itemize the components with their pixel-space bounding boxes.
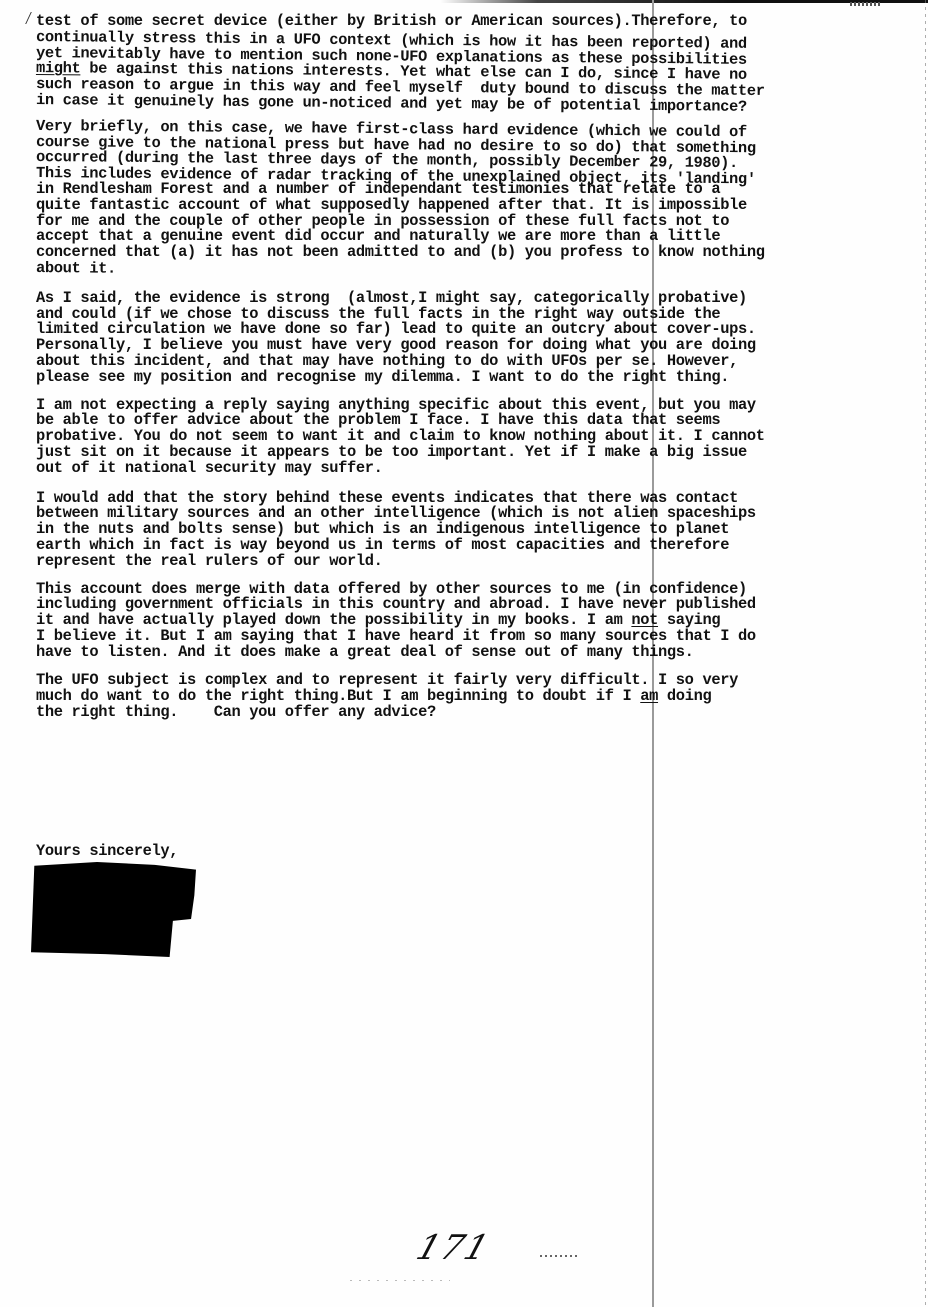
text-line: have to listen. And it does make a great…: [36, 645, 876, 661]
scan-artifact-mark: [850, 2, 880, 6]
scan-right-edge: [925, 0, 926, 1307]
paragraph: The UFO subject is complex and to repres…: [36, 673, 876, 720]
scan-dots: [350, 1280, 450, 1281]
text-line: represent the real rulers of our world.: [36, 554, 876, 570]
text-line: out of it national security may suffer.: [36, 461, 876, 477]
paragraph: test of some secret device (either by Br…: [36, 14, 876, 109]
handwritten-page-number: 171: [412, 1228, 496, 1268]
text-line: concerned that (a) it has not been admit…: [36, 245, 876, 261]
paragraph: I would add that the story behind these …: [36, 491, 876, 570]
paragraph: Very briefly, on this case, we have firs…: [36, 119, 876, 277]
text-line: please see my position and recognise my …: [36, 370, 876, 386]
text-line: the right thing. Can you offer any advic…: [36, 705, 876, 721]
text-line: about it.: [36, 261, 876, 284]
letter-body: test of some secret device (either by Br…: [36, 14, 876, 721]
paragraph: I am not expecting a reply saying anythi…: [36, 398, 876, 477]
paragraph: As I said, the evidence is strong (almos…: [36, 291, 876, 386]
document-page: test of some secret device (either by Br…: [0, 0, 928, 1307]
redacted-signature: [31, 862, 196, 957]
closing-salutation: Yours sincerely,: [36, 842, 178, 860]
paragraph: This account does merge with data offere…: [36, 582, 876, 661]
scan-dots: [540, 1255, 580, 1257]
text-line: test of some secret device (either by Br…: [36, 14, 876, 30]
